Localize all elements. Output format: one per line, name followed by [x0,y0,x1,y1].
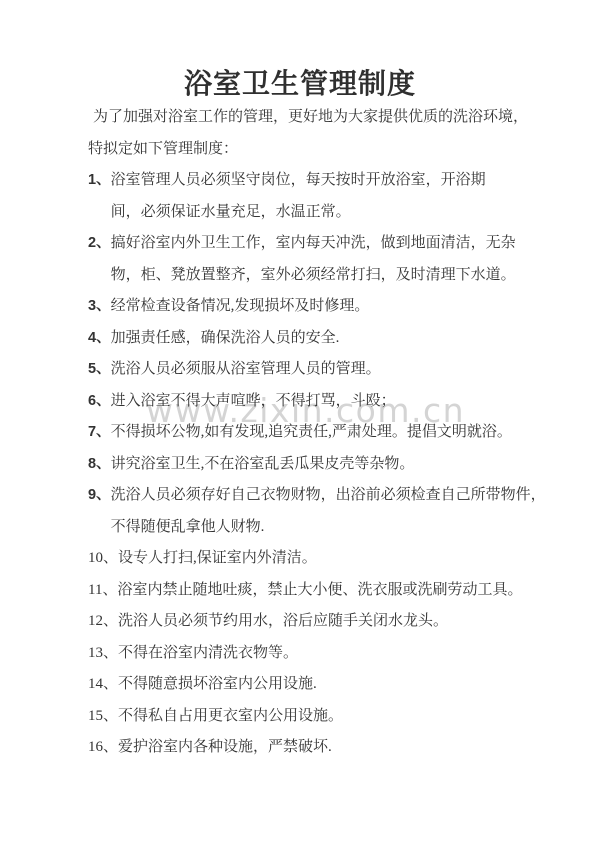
list-item: 15、 不得私自占用更衣室内公用设施。 [88,701,570,733]
list-item: 2、 搞好浴室内外卫生工作，室内每天冲洗，做到地面清洁，无杂 物，柜、凳放置整齐… [88,228,570,291]
list-item-number: 16、 [88,732,118,764]
list-item: 10、 设专人打扫,保证室内外清洁。 [88,543,570,575]
list-item-line: 进入浴室不得大声喧哗，不得打骂，斗殴； [111,386,570,418]
list-item: 1、 浴室管理人员必须坚守岗位，每天按时开放浴室，开浴期 间，必须保证水量充足，… [88,165,570,228]
document-page: www.zixin.com.cn 浴室卫生管理制度 为了加强对浴室工作的管理，更… [0,0,600,849]
list-item-number: 3、 [88,291,111,323]
list-item: 3、 经常检查设备情况,发现损坏及时修理。 [88,291,570,323]
list-item: 7、 不得损坏公物,如有发现,追究责任,严肃处理。提倡文明就浴。 [88,417,570,449]
list-item-line: 不得损坏公物,如有发现,追究责任,严肃处理。提倡文明就浴。 [111,417,570,449]
list-item-line: 浴室内禁止随地吐痰，禁止大小便、洗衣服或洗刷劳动工具。 [117,575,570,607]
list-item-number: 1、 [88,165,111,197]
list-item-line: 洗浴人员必须服从浴室管理人员的管理。 [111,354,570,386]
list-item-number: 15、 [88,701,118,733]
list-item-number: 11、 [88,575,117,607]
document-body: 为了加强对浴室工作的管理，更好地为大家提供优质的洗浴环境， 特拟定如下管理制度：… [88,102,570,764]
list-item: 5、 洗浴人员必须服从浴室管理人员的管理。 [88,354,570,386]
list-item: 6、 进入浴室不得大声喧哗，不得打骂，斗殴； [88,386,570,418]
list-item-line: 物，柜、凳放置整齐，室外必须经常打扫，及时清理下水道。 [111,260,570,292]
intro-line: 为了加强对浴室工作的管理，更好地为大家提供优质的洗浴环境， [88,102,570,134]
list-item-line: 加强责任感，确保洗浴人员的安全. [111,323,570,355]
list-item-number: 14、 [88,669,118,701]
list-item-line: 爱护浴室内各种设施，严禁破坏. [118,732,570,764]
list-item: 11、 浴室内禁止随地吐痰，禁止大小便、洗衣服或洗刷劳动工具。 [88,575,570,607]
list-item-line: 不得随意损坏浴室内公用设施. [118,669,570,701]
list-item: 4、 加强责任感，确保洗浴人员的安全. [88,323,570,355]
list-item: 9、 洗浴人员必须存好自己衣物财物，出浴前必须检查自己所带物件， 不得随便乱拿他… [88,480,570,543]
list-item-line: 讲究浴室卫生,不在浴室乱丢瓜果皮壳等杂物。 [111,449,570,481]
list-item-number: 9、 [88,480,111,512]
list-item-line: 设专人打扫,保证室内外清洁。 [118,543,570,575]
list-item: 8、 讲究浴室卫生,不在浴室乱丢瓜果皮壳等杂物。 [88,449,570,481]
list-item-number: 12、 [88,606,118,638]
list-item-number: 8、 [88,449,111,481]
rules-list: 1、 浴室管理人员必须坚守岗位，每天按时开放浴室，开浴期 间，必须保证水量充足，… [88,165,570,764]
list-item-line: 间，必须保证水量充足，水温正常。 [111,197,570,229]
list-item: 12、 洗浴人员必须节约用水，浴后应随手关闭水龙头。 [88,606,570,638]
list-item-line: 洗浴人员必须节约用水，浴后应随手关闭水龙头。 [118,606,570,638]
list-item-number: 4、 [88,323,111,355]
list-item-line: 洗浴人员必须存好自己衣物财物，出浴前必须检查自己所带物件， [111,480,570,512]
list-item-number: 6、 [88,386,111,418]
list-item-number: 7、 [88,417,111,449]
list-item: 16、 爱护浴室内各种设施，严禁破坏. [88,732,570,764]
list-item-line: 不得私自占用更衣室内公用设施。 [118,701,570,733]
list-item-line: 浴室管理人员必须坚守岗位，每天按时开放浴室，开浴期 [111,165,570,197]
list-item-line: 经常检查设备情况,发现损坏及时修理。 [111,291,570,323]
list-item: 14、 不得随意损坏浴室内公用设施. [88,669,570,701]
list-item-number: 10、 [88,543,118,575]
list-item-number: 13、 [88,638,118,670]
list-item-number: 2、 [88,228,111,260]
list-item-number: 5、 [88,354,111,386]
list-item-line: 搞好浴室内外卫生工作，室内每天冲洗，做到地面清洁，无杂 [111,228,570,260]
list-item-line: 不得在浴室内清洗衣物等。 [118,638,570,670]
intro-paragraph: 为了加强对浴室工作的管理，更好地为大家提供优质的洗浴环境， 特拟定如下管理制度： [88,102,570,165]
page-title: 浴室卫生管理制度 [0,62,600,102]
list-item: 13、 不得在浴室内清洗衣物等。 [88,638,570,670]
intro-line: 特拟定如下管理制度： [88,134,570,166]
list-item-line: 不得随便乱拿他人财物. [111,512,570,544]
